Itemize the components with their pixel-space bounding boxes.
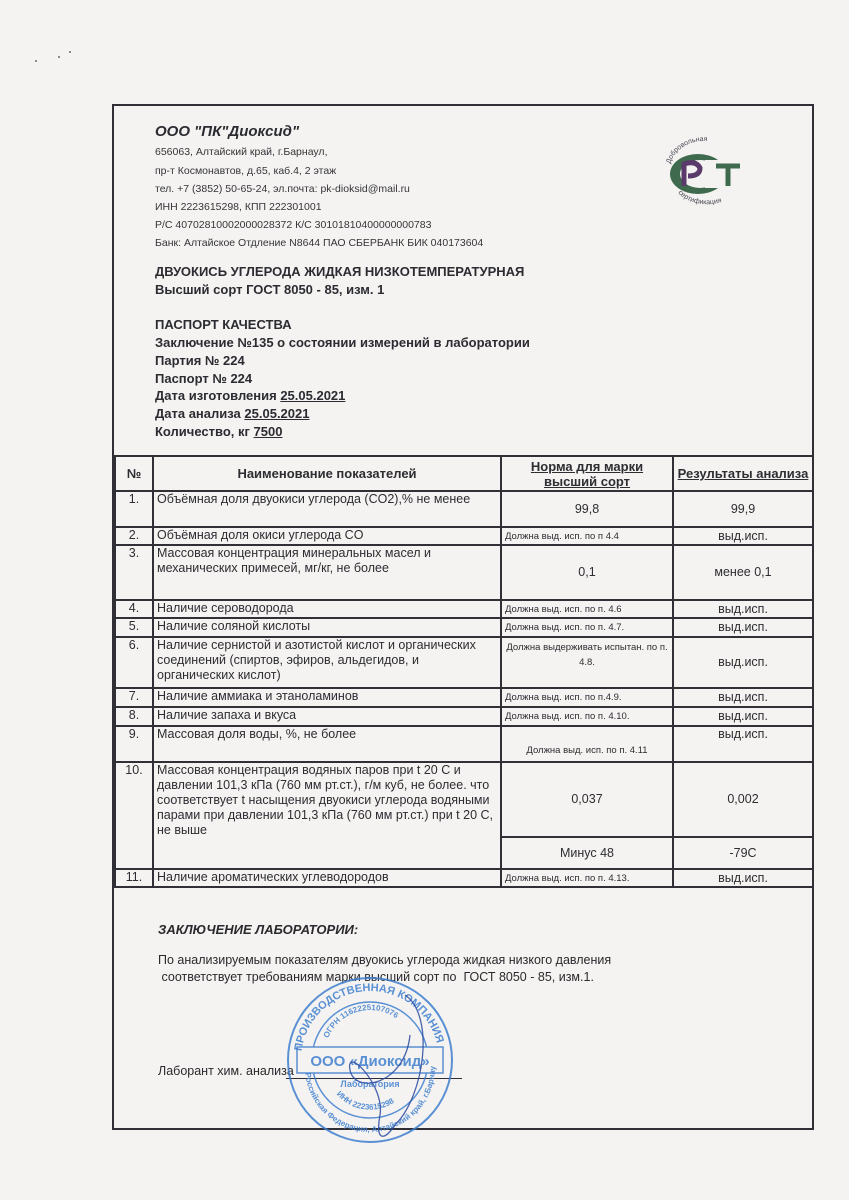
header-norm: Норма для марки высший сорт	[501, 456, 673, 491]
svg-text:ООО «Диоксид»: ООО «Диоксид»	[310, 1053, 429, 1070]
row-result: менее 0,1	[673, 545, 813, 600]
table-row: 10. Массовая концентрация водяных паров …	[115, 762, 813, 837]
row-result: выд.исп.	[673, 726, 813, 762]
company-account: Р/С 40702810002000028372 К/С 30101810400…	[155, 219, 431, 231]
company-inn: ИНН 2223615298, КПП 222301001	[155, 201, 322, 213]
table-row: 4. Наличие сероводорода Должна выд. исп.…	[115, 600, 813, 618]
row-norm-2: Минус 48	[501, 837, 673, 869]
row-name: Наличие сероводорода	[153, 600, 501, 618]
conclusion-reference: Заключение №135 о состоянии измерений в …	[155, 335, 530, 350]
row-num: 1.	[115, 491, 153, 527]
row-name: Наличие соляной кислоты	[153, 618, 501, 637]
row-norm: Должна выд. исп. по п. 4.13.	[501, 869, 673, 887]
header-num: №	[115, 456, 153, 491]
table-row: 3. Массовая концентрация минеральных мас…	[115, 545, 813, 600]
table-row: 7. Наличие аммиака и этаноламинов Должна…	[115, 688, 813, 707]
row-result: выд.исп.	[673, 637, 813, 688]
row-result: выд.исп.	[673, 618, 813, 637]
row-norm: Должна выд. исп. по п. 4.7.	[501, 618, 673, 637]
header-result: Результаты анализа	[673, 456, 813, 491]
row-num: 11.	[115, 869, 153, 887]
row-norm: Должна выд. исп. по п. 4.6	[501, 600, 673, 618]
scan-speck	[69, 51, 71, 53]
batch-number: Партия № 224	[155, 353, 245, 368]
manufacture-date: 25.05.2021	[280, 388, 345, 403]
svg-text:Лаборатория: Лаборатория	[340, 1079, 399, 1089]
analysis-date: 25.05.2021	[244, 406, 309, 421]
row-result: выд.исп.	[673, 527, 813, 545]
row-num: 8.	[115, 707, 153, 726]
analysis-date-row: Дата анализа 25.05.2021	[155, 406, 309, 421]
row-result: 99,9	[673, 491, 813, 527]
company-bank: Банк: Алтайское Отдление N8644 ПАО СБЕРБ…	[155, 237, 483, 249]
table-row: 8. Наличие запаха и вкуса Должна выд. ис…	[115, 707, 813, 726]
table-row: 1. Объёмная доля двуокиси углерода (CO2)…	[115, 491, 813, 527]
analysis-date-label: Дата анализа	[155, 406, 244, 421]
table-row: 9. Массовая доля воды, %, не более Должн…	[115, 726, 813, 762]
row-num: 4.	[115, 600, 153, 618]
header-name: Наименование показателей	[153, 456, 501, 491]
company-address-line: пр-т Космонавтов, д.65, каб.4, 2 этаж	[155, 165, 336, 177]
indicators-table: № Наименование показателей Норма для мар…	[114, 455, 814, 888]
row-num: 7.	[115, 688, 153, 707]
lab-stamp-icon: ПРОИЗВОДСТВЕННАЯ КОМПАНИЯ Российская Фед…	[285, 975, 455, 1145]
row-result: выд.исп.	[673, 600, 813, 618]
table-row: 11. Наличие ароматических углеводородов …	[115, 869, 813, 887]
row-num: 9.	[115, 726, 153, 762]
product-grade: Высший сорт ГОСТ 8050 - 85, изм. 1	[155, 282, 384, 297]
row-norm: Должна выдерживать испытан. по п. 4.8.	[501, 637, 673, 688]
row-norm: 99,8	[501, 491, 673, 527]
table-header-row: № Наименование показателей Норма для мар…	[115, 456, 813, 491]
quantity-label: Количество, кг	[155, 424, 254, 439]
row-name: Наличие сернистой и азотистой кислот и о…	[153, 637, 501, 688]
lab-conclusion-line: По анализируемым показателям двуокись уг…	[158, 953, 611, 967]
row-norm: Должна выд. исп. по п 4.4	[501, 527, 673, 545]
svg-text:ИНН 2223615298: ИНН 2223615298	[335, 1089, 396, 1111]
row-norm: Должна выд. исп. по п. 4.11	[501, 726, 673, 762]
manufacture-date-label: Дата изготовления	[155, 388, 280, 403]
row-norm: Должна выд. исп. по п. 4.10.	[501, 707, 673, 726]
quantity-row: Количество, кг 7500	[155, 424, 282, 439]
signature-label: Лаборант хим. анализа	[158, 1064, 294, 1078]
row-result-2: -79С	[673, 837, 813, 869]
scan-speck	[58, 56, 60, 58]
table-row: 5. Наличие соляной кислоты Должна выд. и…	[115, 618, 813, 637]
row-name: Массовая концентрация минеральных масел …	[153, 545, 501, 600]
row-num: 3.	[115, 545, 153, 600]
table-row: 6. Наличие сернистой и азотистой кислот …	[115, 637, 813, 688]
quantity-value: 7500	[254, 424, 283, 439]
row-name: Массовая доля воды, %, не более	[153, 726, 501, 762]
row-name: Объёмная доля двуокиси углерода (CO2),% …	[153, 491, 501, 527]
passport-number: Паспорт № 224	[155, 371, 252, 386]
scan-speck	[35, 60, 37, 62]
row-num: 5.	[115, 618, 153, 637]
row-num: 10.	[115, 762, 153, 869]
row-num: 2.	[115, 527, 153, 545]
row-name: Наличие ароматических углеводородов	[153, 869, 501, 887]
lab-conclusion-title: ЗАКЛЮЧЕНИЕ ЛАБОРАТОРИИ:	[158, 922, 358, 937]
product-title: ДВУОКИСЬ УГЛЕРОДА ЖИДКАЯ НИЗКОТЕМПЕРАТУР…	[155, 264, 524, 279]
row-result: выд.исп.	[673, 688, 813, 707]
company-address-line: 656063, Алтайский край, г.Барнаул,	[155, 146, 327, 158]
row-num: 6.	[115, 637, 153, 688]
row-result: 0,002	[673, 762, 813, 837]
row-norm: Должна выд. исп. по п.4.9.	[501, 688, 673, 707]
company-name: ООО "ПК"Диоксид"	[155, 123, 299, 140]
table-row: 2. Объёмная доля окиси углерода CO Должн…	[115, 527, 813, 545]
rst-voluntary-certification-icon: Добровольная сертификация	[660, 136, 750, 208]
row-name: Наличие аммиака и этаноламинов	[153, 688, 501, 707]
manufacture-date-row: Дата изготовления 25.05.2021	[155, 388, 345, 403]
row-name: Объёмная доля окиси углерода CO	[153, 527, 501, 545]
row-norm: 0,1	[501, 545, 673, 600]
passport-heading: ПАСПОРТ КАЧЕСТВА	[155, 317, 292, 332]
row-result: выд.исп.	[673, 869, 813, 887]
row-name: Массовая концентрация водяных паров при …	[153, 762, 501, 869]
row-name: Наличие запаха и вкуса	[153, 707, 501, 726]
row-result: выд.исп.	[673, 707, 813, 726]
svg-text:ОГРН 1162225107076: ОГРН 1162225107076	[322, 1003, 401, 1039]
company-contacts: тел. +7 (3852) 50-65-24, эл.почта: pk-di…	[155, 183, 410, 195]
row-norm: 0,037	[501, 762, 673, 837]
